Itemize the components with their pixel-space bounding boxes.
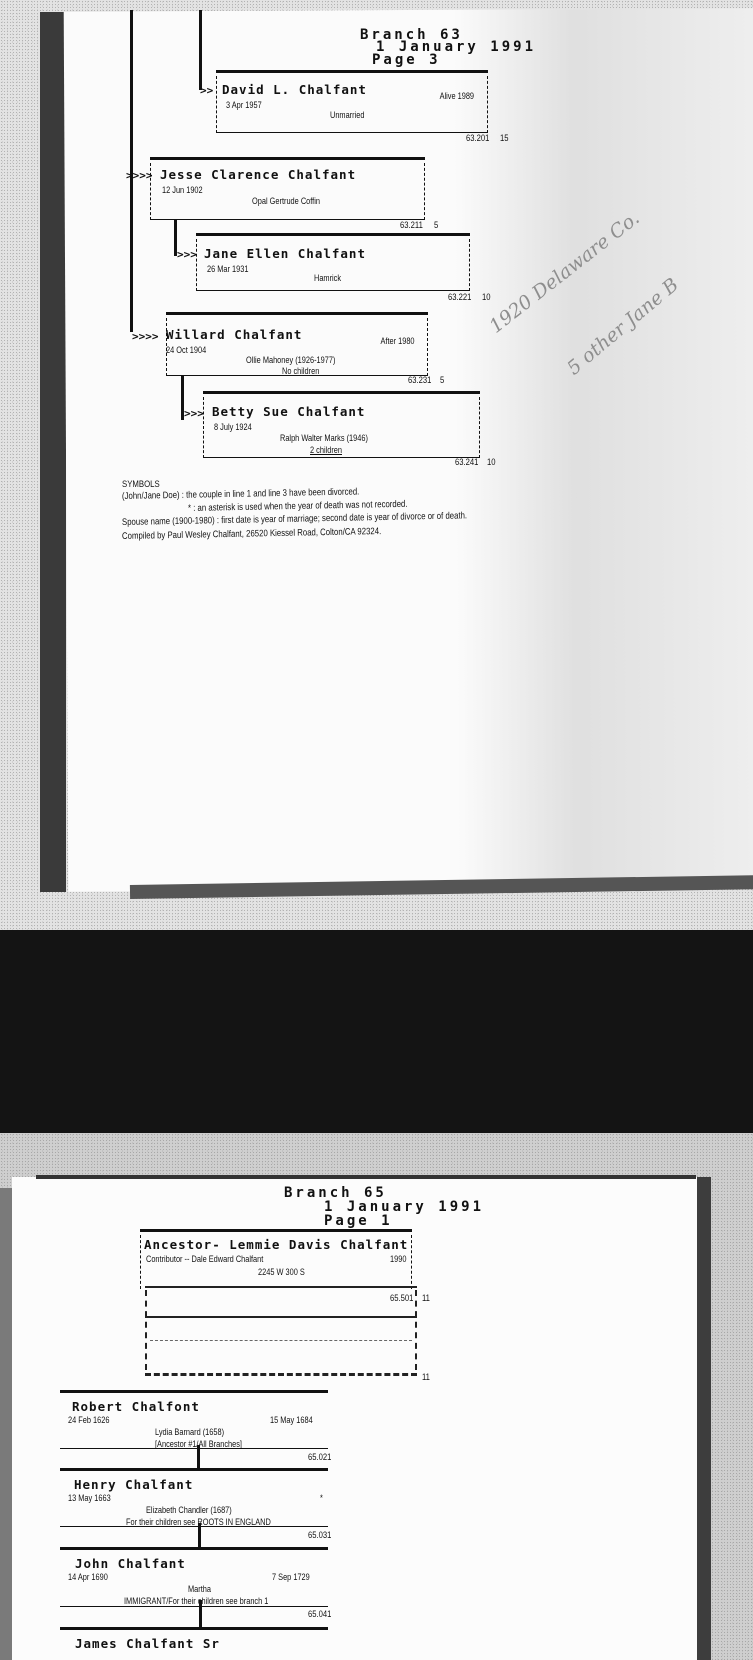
spouse-name: Hamrick: [314, 273, 341, 283]
person-name: John Chalfant: [75, 1556, 186, 1571]
generation-arrow: >>>>: [132, 330, 159, 343]
page-edge: [36, 1175, 696, 1179]
entry-code: 65.021: [308, 1452, 331, 1462]
person-name: Robert Chalfont: [72, 1399, 200, 1414]
death-date: 7 Sep 1729: [272, 1572, 310, 1582]
divider: [145, 1316, 417, 1318]
divider: [415, 1290, 419, 1370]
birth-date: 24 Feb 1626: [68, 1415, 109, 1425]
spouse-name: Ralph Walter Marks (1946): [280, 433, 368, 443]
entry-code: 63.201: [466, 133, 489, 143]
contributor-year: 1990: [390, 1254, 406, 1264]
death-date: Alive 1989: [440, 91, 474, 101]
death-date: 15 May 1684: [270, 1415, 313, 1425]
birth-date: 12 Jun 1902: [162, 185, 203, 195]
scan-shadow-left: [40, 12, 66, 892]
generation-arrow: >>: [200, 84, 213, 97]
spouse-name: Unmarried: [330, 110, 364, 120]
entry-count: 15: [500, 133, 509, 143]
family-note: No children: [282, 366, 319, 376]
entry-count: 10: [487, 457, 496, 467]
divider: [145, 1290, 149, 1370]
death-date: After 1980: [380, 336, 414, 346]
contributor-address: 2245 W 300 S: [258, 1267, 305, 1277]
spouse-name: Martha: [188, 1584, 211, 1594]
entry-count: 11: [422, 1372, 430, 1382]
person-name: Jesse Clarence Chalfant: [160, 167, 356, 182]
divider: [145, 1373, 417, 1376]
branch-header: Branch 65: [284, 1186, 387, 1200]
page-header: Page 1: [324, 1214, 393, 1228]
entry-code: 65.041: [308, 1609, 331, 1619]
spouse-name: Ollie Mahoney (1926-1977): [246, 355, 335, 365]
entry-code: 63.221: [448, 292, 471, 302]
spouse-name: Elizabeth Chandler (1687): [146, 1505, 232, 1515]
family-note: IMMIGRANT/For their children see branch …: [124, 1596, 268, 1606]
generation-arrow: >>>>: [126, 169, 153, 182]
death-date: *: [320, 1493, 323, 1503]
birth-date: 8 July 1924: [214, 422, 252, 432]
entry-count: 5: [440, 375, 444, 385]
entry-code: 65.501: [390, 1293, 413, 1303]
entry-code: 63.231: [408, 375, 431, 385]
birth-date: 13 May 1663: [68, 1493, 111, 1503]
person-name: Betty Sue Chalfant: [212, 404, 365, 419]
contributor: Contributor -- Dale Edward Chalfant: [146, 1254, 263, 1264]
birth-date: 24 Oct 1904: [166, 345, 206, 355]
person-name: James Chalfant Sr: [75, 1636, 220, 1651]
divider: [145, 1286, 417, 1288]
birth-date: 3 Apr 1957: [226, 100, 262, 110]
tree-line: [198, 1523, 201, 1549]
scan-shadow-left: [0, 1188, 12, 1660]
birth-date: 14 Apr 1690: [68, 1572, 108, 1582]
person-name: Henry Chalfant: [74, 1477, 193, 1492]
scan-gap: [0, 930, 753, 1133]
entry-count: 11: [422, 1293, 430, 1303]
scan-shadow-right: [697, 1177, 711, 1660]
faded-text-line: [150, 1340, 412, 1341]
entry-code: 63.241: [455, 457, 478, 467]
entry-count: 10: [482, 292, 491, 302]
tree-line: [199, 10, 202, 90]
spouse-name: Opal Gertrude Coffin: [252, 196, 320, 206]
birth-date: 26 Mar 1931: [207, 264, 248, 274]
date-header: 1 January 1991: [324, 1200, 484, 1214]
person-name: Jane Ellen Chalfant: [204, 246, 366, 261]
person-name: David L. Chalfant: [222, 82, 367, 97]
person-name: Willard Chalfant: [166, 327, 302, 342]
ancestor-title: Ancestor- Lemmie Davis Chalfant: [144, 1237, 408, 1252]
spouse-name: Lydia Barnard (1658): [155, 1427, 224, 1437]
page-header: Page 3: [372, 53, 441, 67]
entry-code: 63.211: [400, 220, 423, 230]
entry-count: 5: [434, 220, 438, 230]
tree-line: [199, 1600, 202, 1628]
family-note: 2 children: [310, 445, 342, 455]
generation-arrow: >>>: [184, 407, 204, 420]
generation-arrow: >>>: [177, 248, 197, 261]
entry-code: 65.031: [308, 1530, 331, 1540]
